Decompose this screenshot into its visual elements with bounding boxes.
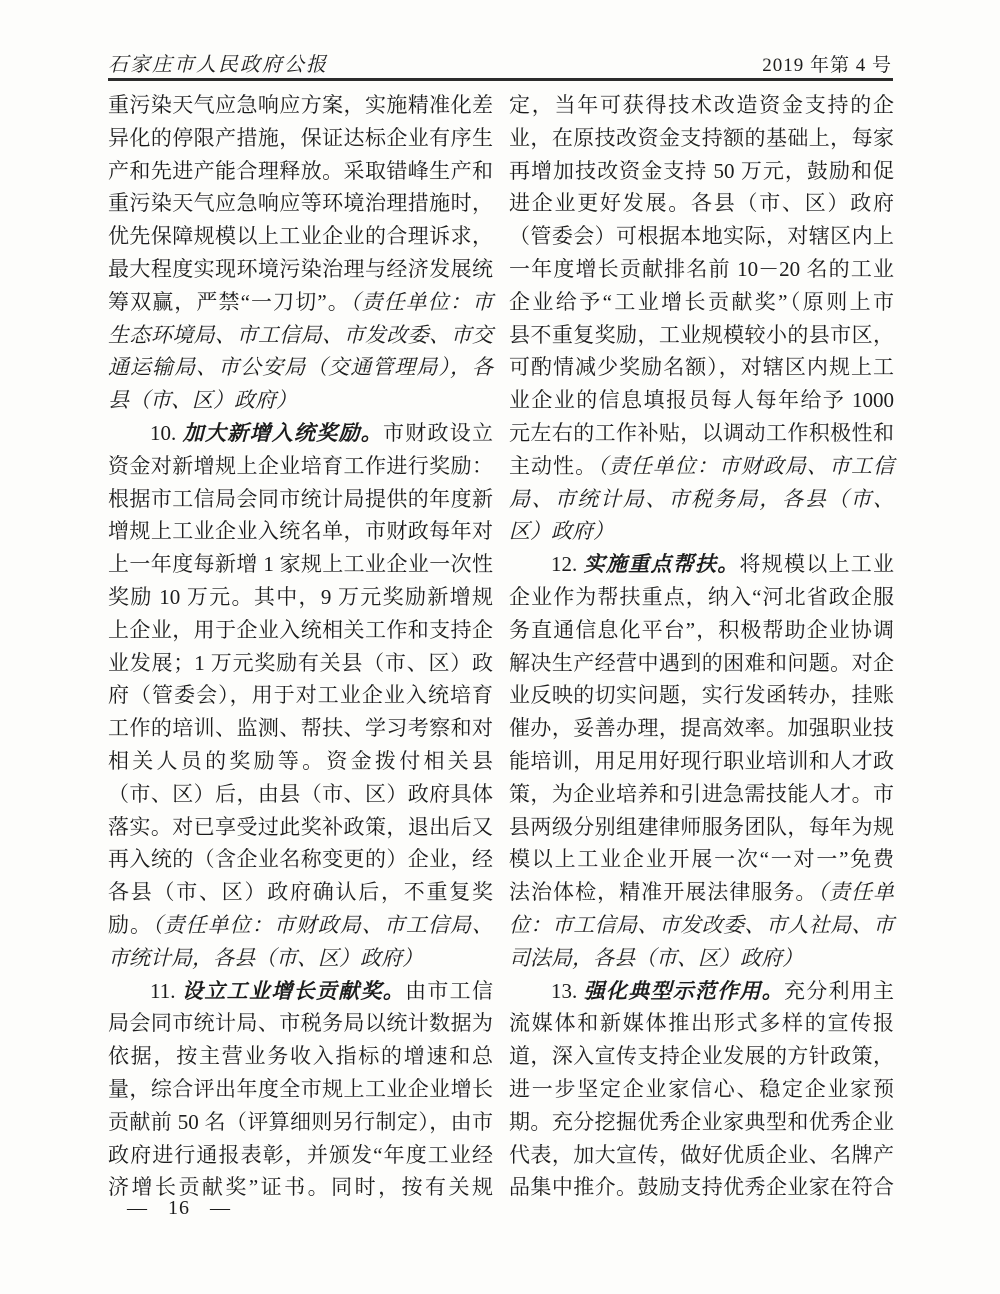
text-segment: 县不重复奖励，工业规模较小的县市区， — [509, 323, 894, 347]
text-line: 市统计局，各县（市、区）政府） — [108, 942, 493, 975]
text-line: 流媒体和新媒体推出形式多样的宣传报 — [509, 1007, 894, 1040]
text-segment: 策，为企业培养和引进急需技能人才。市 — [509, 782, 894, 806]
text-segment: 主动性。 — [509, 454, 597, 478]
text-line: （市、区）后，由县（市、区）政府具体 — [108, 778, 493, 811]
text-line: 重污染天气应急响应等环境治理措施时， — [108, 187, 493, 220]
text-segment: 13. — [551, 979, 584, 1003]
right-column: 定，当年可获得技术改造资金支持的企业，在原技改资金支持额的基础上，每家再增加技改… — [509, 89, 894, 1204]
text-segment: （责任单位：市 — [350, 290, 493, 314]
document-body: 重污染天气应急响应方案，实施精准化差异化的停限产措施，保证达标企业有序生产和先进… — [108, 89, 894, 1204]
text-segment: 业反映的切实问题，实行发函转办，挂账 — [509, 683, 894, 707]
text-line: 进一步坚定企业家信心、稳定企业家预 — [509, 1073, 894, 1106]
text-segment: 企业给予“工业增长贡献奖”（原则上市 — [509, 290, 894, 314]
header-divider — [108, 78, 893, 81]
text-line: 12. 实施重点帮扶。将规模以上工业 — [509, 548, 894, 581]
text-segment: 市统计局，各县（市、区）政府） — [108, 946, 423, 970]
text-line: 区）政府） — [509, 515, 894, 548]
text-line: 品集中推介。鼓励支持优秀企业家在符合 — [509, 1171, 894, 1204]
text-line: 催办，妥善办理，提高效率。加强职业技 — [509, 712, 894, 745]
text-segment: 强化典型示范作用。 — [584, 979, 784, 1003]
text-line: 业企业的信息填报员每人每年给予 1000 — [509, 384, 894, 417]
text-segment: 筹双赢，严禁“一刀切”。 — [108, 290, 350, 314]
text-line: 府（管委会），用于对工业企业入统培育 — [108, 679, 493, 712]
text-line: 企业给予“工业增长贡献奖”（原则上市 — [509, 286, 894, 319]
text-segment: 可酌情减少奖励名额），对辖区内规上工 — [509, 355, 894, 379]
text-line: 奖励 10 万元。其中，9 万元奖励新增规 — [108, 581, 493, 614]
text-segment: （管委会）可根据本地实际，对辖区内上 — [509, 224, 894, 248]
text-segment: 再增加技改资金支持 50 万元，鼓励和促 — [509, 159, 894, 183]
text-line: 增规上工业企业入统名单，市财政每年对 — [108, 515, 493, 548]
text-line: 县两级分别组建律师服务团队，每年为规 — [509, 811, 894, 844]
text-segment: 业，在原技改资金支持额的基础上，每家 — [509, 126, 894, 150]
text-segment: 道，深入宣传支持企业发展的方针政策， — [509, 1044, 894, 1068]
text-segment: 政府进行通报表彰，并颁发“年度工业经 — [108, 1143, 493, 1167]
text-segment: 局、市统计局、市税务局，各县（市、 — [509, 487, 894, 511]
text-line: 一年度增长贡献排名前 10－20 名的工业 — [509, 253, 894, 286]
text-segment: 设立工业增长贡献奖。 — [182, 979, 405, 1003]
text-segment: 12. — [551, 552, 584, 576]
text-line: 相关人员的奖励等。资金拨付相关县 — [108, 745, 493, 778]
text-line: 业反映的切实问题，实行发函转办，挂账 — [509, 679, 894, 712]
text-line: （管委会）可根据本地实际，对辖区内上 — [509, 220, 894, 253]
text-segment: 加大新增入统奖励。 — [183, 421, 383, 445]
text-line: 解决生产经营中遇到的困难和问题。对企 — [509, 647, 894, 680]
left-column: 重污染天气应急响应方案，实施精准化差异化的停限产措施，保证达标企业有序生产和先进… — [108, 89, 493, 1204]
page-header: 石家庄市人民政府公报 2019 年第 4 号 — [108, 48, 892, 77]
text-segment: 重污染天气应急响应等环境治理措施时， — [108, 191, 493, 215]
text-segment: 上企业，用于企业入统相关工作和支持企 — [108, 618, 493, 642]
text-segment: 依据，按主营业务收入指标的增速和总 — [108, 1044, 493, 1068]
text-segment: 资金对新增规上企业培育工作进行奖励： — [108, 454, 493, 478]
text-line: 落实。对已享受过此奖补政策，退出后又 — [108, 811, 493, 844]
text-segment: 能培训，用足用好现行职业培训和人才政 — [509, 749, 894, 773]
text-line: 根据市工信局会同市统计局提供的年度新 — [108, 483, 493, 516]
text-segment: 工作的培训、监测、帮扶、学习考察和对 — [108, 716, 493, 740]
text-line: 生态环境局、市工信局、市发改委、市交 — [108, 319, 493, 352]
text-segment: 流媒体和新媒体推出形式多样的宣传报 — [509, 1011, 894, 1035]
text-line: 13. 强化典型示范作用。充分利用主 — [509, 975, 894, 1008]
bulletin-page: 石家庄市人民政府公报 2019 年第 4 号 重污染天气应急响应方案，实施精准化… — [0, 0, 1000, 1294]
text-line: 期。充分挖掘优秀企业家典型和优秀企业 — [509, 1106, 894, 1139]
text-line: 司法局，各县（市、区）政府） — [509, 942, 894, 975]
text-line: 量，综合评出年度全市规上工业企业增长 — [108, 1073, 493, 1106]
text-line: 局会同市统计局、市税务局以统计数据为 — [108, 1007, 493, 1040]
text-line: 上企业，用于企业入统相关工作和支持企 — [108, 614, 493, 647]
text-line: 再增加技改资金支持 50 万元，鼓励和促 — [509, 155, 894, 188]
text-line: 可酌情减少奖励名额），对辖区内规上工 — [509, 351, 894, 384]
text-line: 主动性。（责任单位：市财政局、市工信 — [509, 450, 894, 483]
text-line: 元左右的工作补贴，以调动工作积极性和 — [509, 417, 894, 450]
text-segment: 府（管委会），用于对工业企业入统培育 — [108, 683, 493, 707]
text-segment: 品集中推介。鼓励支持优秀企业家在符合 — [509, 1175, 894, 1199]
text-segment: 10. — [150, 421, 183, 445]
text-line: 县（市、区）政府） — [108, 384, 493, 417]
text-segment: 最大程度实现环境污染治理与经济发展统 — [108, 257, 493, 281]
text-segment: 量，综合评出年度全市规上工业企业增长 — [108, 1077, 493, 1101]
text-line: 工作的培训、监测、帮扶、学习考察和对 — [108, 712, 493, 745]
text-segment: 通运输局、市公安局（交通管理局），各 — [108, 355, 493, 379]
text-segment: 各县（市、区）政府确认后，不重复奖 — [108, 880, 493, 904]
text-line: 业，在原技改资金支持额的基础上，每家 — [509, 122, 894, 155]
text-segment: 优先保障规模以上工业企业的合理诉求， — [108, 224, 493, 248]
text-line: 定，当年可获得技术改造资金支持的企 — [509, 89, 894, 122]
text-segment: 务直通信息化平台”，积极帮助企业协调 — [509, 618, 894, 642]
text-line: 资金对新增规上企业培育工作进行奖励： — [108, 450, 493, 483]
text-line: 优先保障规模以上工业企业的合理诉求， — [108, 220, 493, 253]
text-segment: 落实。对已享受过此奖补政策，退出后又 — [108, 815, 493, 839]
text-line: 最大程度实现环境污染治理与经济发展统 — [108, 253, 493, 286]
text-segment: 再入统的（含企业名称变更的）企业，经 — [108, 847, 493, 871]
text-segment: 催办，妥善办理，提高效率。加强职业技 — [509, 716, 894, 740]
text-line: 异化的停限产措施，保证达标企业有序生 — [108, 122, 493, 155]
text-segment: 进一步坚定企业家信心、稳定企业家预 — [509, 1077, 894, 1101]
page-number: — 16 — — [127, 1197, 231, 1220]
text-segment: 根据市工信局会同市统计局提供的年度新 — [108, 487, 493, 511]
text-line: 业发展；1 万元奖励有关县（市、区）政 — [108, 647, 493, 680]
text-line: 各县（市、区）政府确认后，不重复奖 — [108, 876, 493, 909]
text-line: 企业作为帮扶重点，纳入“河北省政企服 — [509, 581, 894, 614]
text-segment: 县（市、区）政府） — [108, 388, 297, 412]
text-segment: 生态环境局、市工信局、市发改委、市交 — [108, 323, 493, 347]
text-segment: 实施重点帮扶。 — [584, 552, 740, 576]
text-segment: 业企业的信息填报员每人每年给予 1000 — [509, 388, 894, 412]
text-line: 县不重复奖励，工业规模较小的县市区， — [509, 319, 894, 352]
text-line: 重污染天气应急响应方案，实施精准化差 — [108, 89, 493, 122]
text-segment: （责任单位：市财政局、市工信 — [597, 454, 894, 478]
text-line: 贡献前 50 名（评算细则另行制定），由市 — [108, 1106, 493, 1139]
text-segment: 一年度增长贡献排名前 10－20 名的工业 — [509, 257, 894, 281]
issue-number: 2019 年第 4 号 — [762, 50, 892, 77]
text-segment: （责任单 — [817, 880, 894, 904]
text-line: 进企业更好发展。各县（市、区）政府 — [509, 187, 894, 220]
text-line: 10. 加大新增入统奖励。市财政设立 — [108, 417, 493, 450]
text-line: 11. 设立工业增长贡献奖。由市工信 — [108, 975, 493, 1008]
text-segment: 充分利用主 — [784, 979, 894, 1003]
text-segment: 进企业更好发展。各县（市、区）政府 — [509, 191, 894, 215]
text-line: 法治体检，精准开展法律服务。（责任单 — [509, 876, 894, 909]
text-segment: 期。充分挖掘优秀企业家典型和优秀企业 — [509, 1110, 894, 1134]
text-line: 上一年度每新增 1 家规上工业企业一次性 — [108, 548, 493, 581]
text-segment: 11. — [150, 979, 182, 1003]
text-line: 励。（责任单位：市财政局、市工信局、 — [108, 909, 493, 942]
text-segment: 司法局，各县（市、区）政府） — [509, 946, 803, 970]
text-line: 模以上工业企业开展一次“一对一”免费 — [509, 843, 894, 876]
text-segment: 法治体检，精准开展法律服务。 — [509, 880, 817, 904]
text-segment: 增规上工业企业入统名单，市财政每年对 — [108, 519, 493, 543]
text-segment: 元左右的工作补贴，以调动工作积极性和 — [509, 421, 894, 445]
text-line: 局、市统计局、市税务局，各县（市、 — [509, 483, 894, 516]
text-line: 依据，按主营业务收入指标的增速和总 — [108, 1040, 493, 1073]
text-segment: 贡献前 50 名（评算细则另行制定），由市 — [108, 1110, 493, 1134]
text-line: 代表，加大宣传，做好优质企业、名牌产 — [509, 1139, 894, 1172]
text-segment: （责任单位：市财政局、市工信局、 — [152, 913, 493, 937]
text-segment: 区）政府） — [509, 519, 614, 543]
text-line: 筹双赢，严禁“一刀切”。（责任单位：市 — [108, 286, 493, 319]
text-segment: 县两级分别组建律师服务团队，每年为规 — [509, 815, 894, 839]
text-segment: 模以上工业企业开展一次“一对一”免费 — [509, 847, 894, 871]
text-line: 位：市工信局、市发改委、市人社局、市 — [509, 909, 894, 942]
text-segment: （市、区）后，由县（市、区）政府具体 — [108, 782, 493, 806]
bulletin-title: 石家庄市人民政府公报 — [108, 48, 328, 77]
text-segment: 解决生产经营中遇到的困难和问题。对企 — [509, 651, 894, 675]
text-segment: 奖励 10 万元。其中，9 万元奖励新增规 — [108, 585, 493, 609]
text-segment: 励。 — [108, 913, 152, 937]
text-segment: 企业作为帮扶重点，纳入“河北省政企服 — [509, 585, 894, 609]
text-line: 再入统的（含企业名称变更的）企业，经 — [108, 843, 493, 876]
text-segment: 局会同市统计局、市税务局以统计数据为 — [108, 1011, 493, 1035]
text-segment: 将规模以上工业 — [740, 552, 895, 576]
text-segment: 代表，加大宣传，做好优质企业、名牌产 — [509, 1143, 894, 1167]
text-segment: 定，当年可获得技术改造资金支持的企 — [509, 93, 894, 117]
text-segment: 市财政设立 — [383, 421, 493, 445]
text-segment: 业发展；1 万元奖励有关县（市、区）政 — [108, 651, 493, 675]
text-segment: 相关人员的奖励等。资金拨付相关县 — [108, 749, 493, 773]
text-line: 能培训，用足用好现行职业培训和人才政 — [509, 745, 894, 778]
text-line: 策，为企业培养和引进急需技能人才。市 — [509, 778, 894, 811]
text-segment: 上一年度每新增 1 家规上工业企业一次性 — [108, 552, 493, 576]
text-segment: 由市工信 — [405, 979, 493, 1003]
text-line: 通运输局、市公安局（交通管理局），各 — [108, 351, 493, 384]
text-line: 政府进行通报表彰，并颁发“年度工业经 — [108, 1139, 493, 1172]
text-segment: 济增长贡献奖”证书。同时，按有关规 — [108, 1175, 493, 1199]
text-line: 务直通信息化平台”，积极帮助企业协调 — [509, 614, 894, 647]
text-line: 道，深入宣传支持企业发展的方针政策， — [509, 1040, 894, 1073]
text-segment: 异化的停限产措施，保证达标企业有序生 — [108, 126, 493, 150]
text-segment: 产和先进产能合理释放。采取错峰生产和 — [108, 159, 493, 183]
text-segment: 位：市工信局、市发改委、市人社局、市 — [509, 913, 894, 937]
text-segment: 重污染天气应急响应方案，实施精准化差 — [108, 93, 493, 117]
text-line: 产和先进产能合理释放。采取错峰生产和 — [108, 155, 493, 188]
